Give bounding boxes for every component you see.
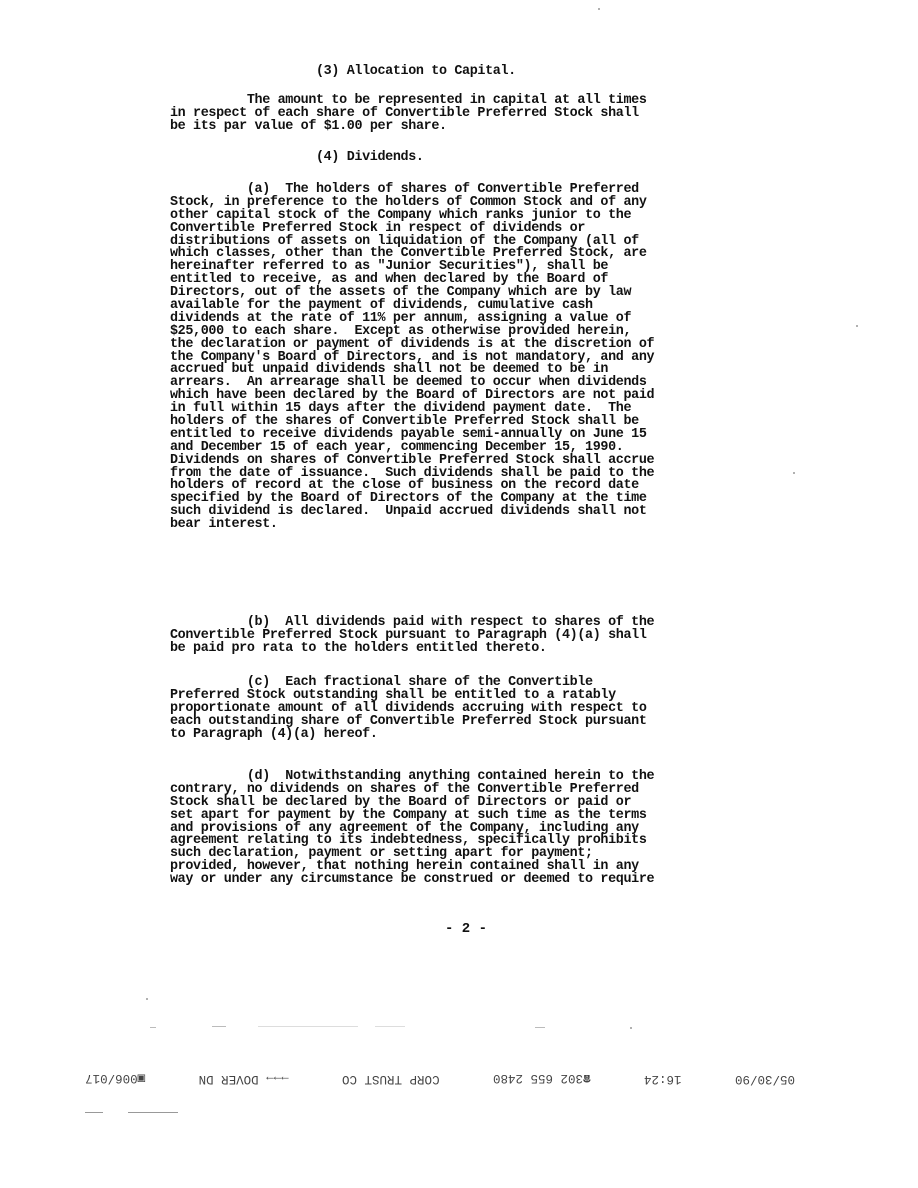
page-number: - 2 -: [445, 921, 487, 937]
scan-noise: [146, 998, 148, 1000]
scan-noise: [630, 1027, 632, 1029]
scanned-page: (3) Allocation to Capital. The amount to…: [0, 0, 918, 1188]
section-4-heading: (4) Dividends.: [316, 150, 424, 165]
paragraph-4b: (b) All dividends paid with respect to s…: [170, 617, 790, 656]
text-line: be paid pro rata to the holders entitled…: [170, 643, 790, 656]
paragraph-4c: (c) Each fractional share of the Convert…: [170, 677, 790, 741]
scan-noise: [258, 1026, 358, 1027]
fax-date: 05/30/90: [735, 1072, 795, 1086]
fax-page-count: ▣006/017: [85, 1071, 145, 1087]
text-line: way or under any circumstance be constru…: [170, 874, 790, 887]
paragraph-4d: (d) Notwithstanding anything contained h…: [170, 771, 790, 887]
scan-noise: [598, 8, 600, 10]
text-line: to Paragraph (4)(a) hereof.: [170, 729, 790, 742]
fax-header-upside-down: 05/30/90 16:24 ☎302 655 2480 CORP TRUST …: [85, 1068, 795, 1090]
scan-noise: [856, 325, 858, 327]
scan-noise: [128, 1112, 178, 1113]
scan-noise: [375, 1026, 405, 1027]
fax-sender: CORP TRUST CO: [342, 1072, 440, 1086]
section-3-heading: (3) Allocation to Capital.: [316, 64, 516, 79]
scan-noise: [150, 1027, 156, 1028]
fax-phone: ☎302 655 2480: [493, 1071, 591, 1087]
paragraph-4a: (a) The holders of shares of Convertible…: [170, 184, 790, 532]
section-3-paragraph: The amount to be represented in capital …: [170, 95, 790, 134]
text-line: bear interest.: [170, 519, 790, 532]
fax-destination: →→→ DOVER DN: [199, 1072, 289, 1086]
scan-noise: [793, 472, 795, 474]
fax-time: 16:24: [644, 1072, 682, 1086]
scan-noise: [535, 1027, 545, 1028]
scan-noise: [85, 1112, 103, 1113]
scan-noise: [212, 1026, 226, 1027]
